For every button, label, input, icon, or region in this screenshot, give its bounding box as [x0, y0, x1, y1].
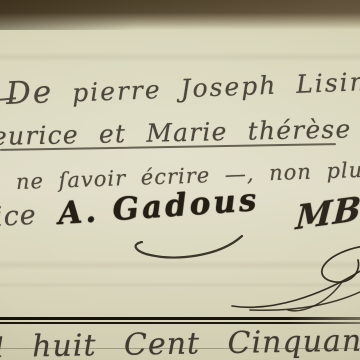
handwriting-line-1-text: pierre Joseph Lisin: [53, 67, 360, 108]
handwriting-line-4-fragment: ice: [0, 200, 38, 233]
manuscript-photo: De pierre Joseph Lisin eurice et Marie t…: [0, 0, 360, 360]
paper-streak: [0, 52, 360, 62]
handwriting-bottom-line: l huit Cent Cinquante: [0, 323, 360, 360]
handwriting-line-1: De pierre Joseph Lisin: [5, 62, 360, 112]
page-top-edge: [0, 0, 360, 30]
bottom-line-text: huit Cent Cinquante: [4, 323, 360, 360]
paraph-flourish: [224, 230, 360, 316]
ruled-line-top: [0, 317, 360, 320]
handwriting-line-1-initial: De: [5, 74, 54, 112]
faint-baseline-rule: [0, 348, 360, 349]
